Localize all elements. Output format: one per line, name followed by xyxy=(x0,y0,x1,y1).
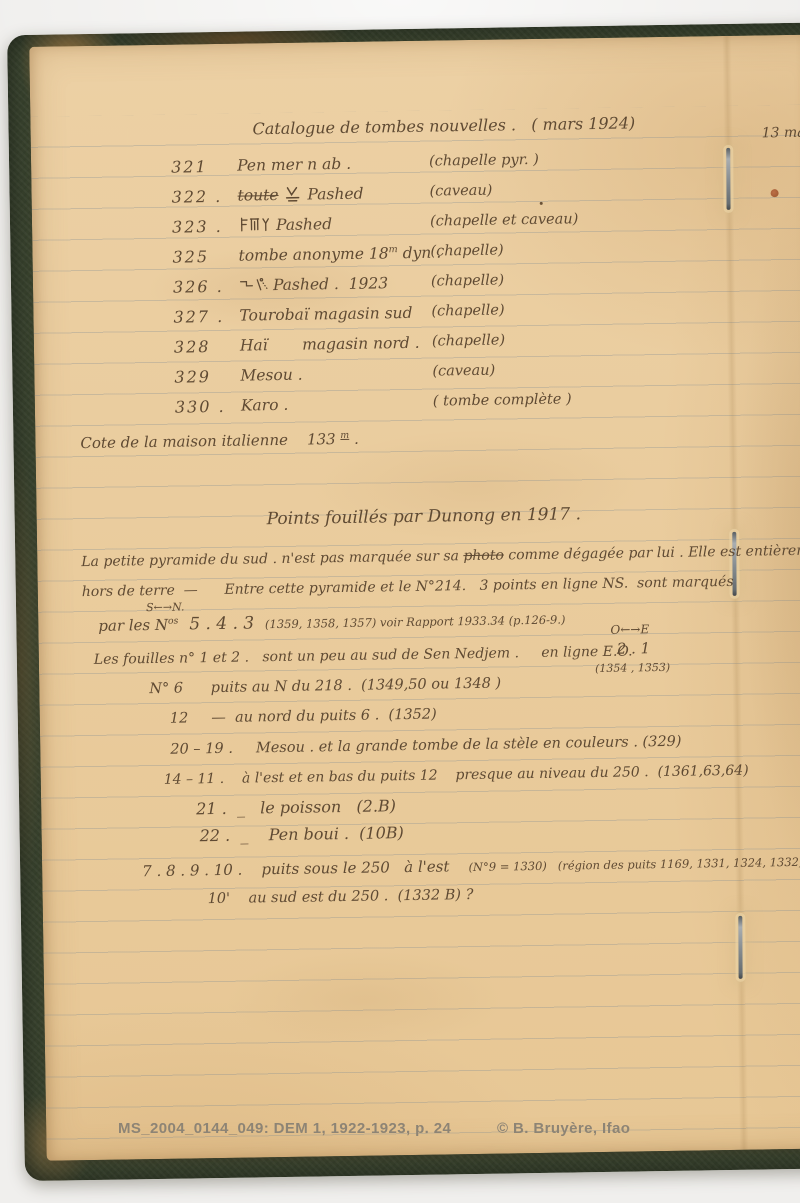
tomb-catalogue-list: 321 Pen mer n ab . (chapelle pyr. ) 322 … xyxy=(31,149,735,430)
manuscript-reference: MS_2004_0144_049: DEM 1, 1922-1923, p. 2… xyxy=(118,1120,451,1137)
tomb-number: 327 . xyxy=(173,307,239,327)
struck-word: photo xyxy=(463,547,504,564)
archive-caption: MS_2004_0144_049: DEM 1, 1922-1923, p. 2… xyxy=(0,1120,800,1144)
paragraph-line: hors de terre — Entre cette pyramide et … xyxy=(82,574,734,601)
compass-annotation-oe: O←→E xyxy=(610,622,649,637)
paragraph-text: La petite pyramide du sud . n'est pas ma… xyxy=(81,548,463,570)
tomb-name: Haï magasin nord . xyxy=(240,334,432,356)
section-heading: Points fouillés par Dunong en 1917 . xyxy=(267,504,582,529)
hieroglyph-icon xyxy=(283,186,303,202)
tomb-number: 321 xyxy=(171,157,237,177)
paragraph-text: par les N xyxy=(98,616,168,635)
tomb-note: (chapelle) xyxy=(431,272,504,291)
entry-line: N° 6 puits au N du 218 . (1349,50 ou 134… xyxy=(149,676,501,699)
tomb-number: 329 xyxy=(174,367,240,387)
tomb-name-text: Pashed xyxy=(276,215,332,234)
tomb-note: (caveau) xyxy=(429,183,492,201)
tomb-note: (chapelle) xyxy=(432,332,505,351)
tomb-name-text: tombe anonyme 18 xyxy=(238,244,388,264)
tomb-name: toute Pashed xyxy=(237,184,429,206)
paragraph-line: La petite pyramide du sud . n'est pas ma… xyxy=(81,542,800,571)
entry-text: 7 . 8 . 9 . 10 . puits sous le 250 à l'e… xyxy=(142,857,469,880)
tomb-number: 328 xyxy=(174,337,240,357)
superscript: m xyxy=(340,430,349,441)
tomb-number: 325 xyxy=(172,247,238,267)
tomb-name: Tourobaï magasin sud xyxy=(239,304,431,326)
entry-line: 21 . _ le poisson (2.B) xyxy=(196,796,396,818)
tomb-note: (chapelle et caveau) xyxy=(430,211,579,231)
reference-note: (1359, 1358, 1357) voir Rapport 1933.34 … xyxy=(265,613,566,632)
entry-line: 7 . 8 . 9 . 10 . puits sous le 250 à l'e… xyxy=(142,852,800,880)
elevation-note-text: Cote de la maison italienne 133 xyxy=(80,430,340,452)
tomb-name-text: Pashed . 1923 xyxy=(273,274,388,294)
tomb-note: (chapelle) xyxy=(431,302,504,321)
point-numbers: 5 . 4 . 3 xyxy=(178,613,265,634)
point-numbers: 2 . 1 xyxy=(617,639,651,658)
copyright-notice: © B. Bruyère, Ifao xyxy=(497,1120,630,1137)
entry-line: 14 – 11 . à l'est et en bas du puits 12 … xyxy=(164,763,749,789)
entry-line: 22 . _ Pen boui . (10B) xyxy=(199,823,403,845)
notebook: Catalogue de tombes nouvelles . ( mars 1… xyxy=(7,22,800,1181)
staple-icon xyxy=(738,916,742,979)
struck-word: toute xyxy=(237,186,278,205)
tomb-name: Pashed xyxy=(238,214,430,236)
tomb-note: (chapelle pyr. ) xyxy=(429,152,539,171)
tomb-note: (caveau) xyxy=(432,363,495,381)
elevation-note-text: . xyxy=(349,430,359,448)
tomb-note: ( tombe complète ) xyxy=(433,391,572,411)
page-stack-edge xyxy=(795,34,800,1148)
tomb-name: Karo . xyxy=(241,394,433,416)
tomb-name: tombe anonyme 18m dyn . xyxy=(238,244,430,266)
hieroglyph-icon xyxy=(239,277,269,292)
entry-line: 10' au sud est du 250 . (1332 B) ? xyxy=(208,887,474,909)
tomb-number: 330 . xyxy=(175,397,241,417)
tomb-number: 326 . xyxy=(173,277,239,297)
elevation-note: Cote de la maison italienne 133 m . xyxy=(80,430,359,452)
tomb-name-text: Pashed xyxy=(307,185,363,204)
reference-note: (N°9 = 1330) (région des puits 1169, 133… xyxy=(468,855,800,874)
tomb-note: (chapelle) xyxy=(430,242,503,261)
tomb-name: Pen mer n ab . xyxy=(237,154,429,176)
compass-annotation-sn: S←→N. xyxy=(146,601,185,615)
notebook-page: Catalogue de tombes nouvelles . ( mars 1… xyxy=(29,34,800,1160)
entry-line: 20 – 19 . Mesou . et la grande tombe de … xyxy=(170,734,681,759)
ink-stain xyxy=(771,189,779,197)
hieroglyph-icon xyxy=(238,216,272,233)
paragraph-text: comme dégagée par lui . Elle est entière… xyxy=(504,542,800,563)
superscript: m xyxy=(388,244,397,255)
tomb-name: Pashed . 1923 xyxy=(239,274,431,296)
reference-note: (1354 , 1353) xyxy=(595,661,670,675)
superscript: os xyxy=(168,616,179,627)
tomb-name: Mesou . xyxy=(240,364,432,386)
tomb-number: 322 . xyxy=(171,187,237,207)
corner-date-note: 13 mars xyxy=(762,124,800,142)
paragraph-line: Les fouilles n° 1 et 2 . sont un peu au … xyxy=(94,643,633,668)
catalogue-title: Catalogue de tombes nouvelles . ( mars 1… xyxy=(252,113,635,138)
entry-line: 12 — au nord du puits 6 . (1352) xyxy=(170,707,437,729)
tomb-number: 323 . xyxy=(172,217,238,237)
